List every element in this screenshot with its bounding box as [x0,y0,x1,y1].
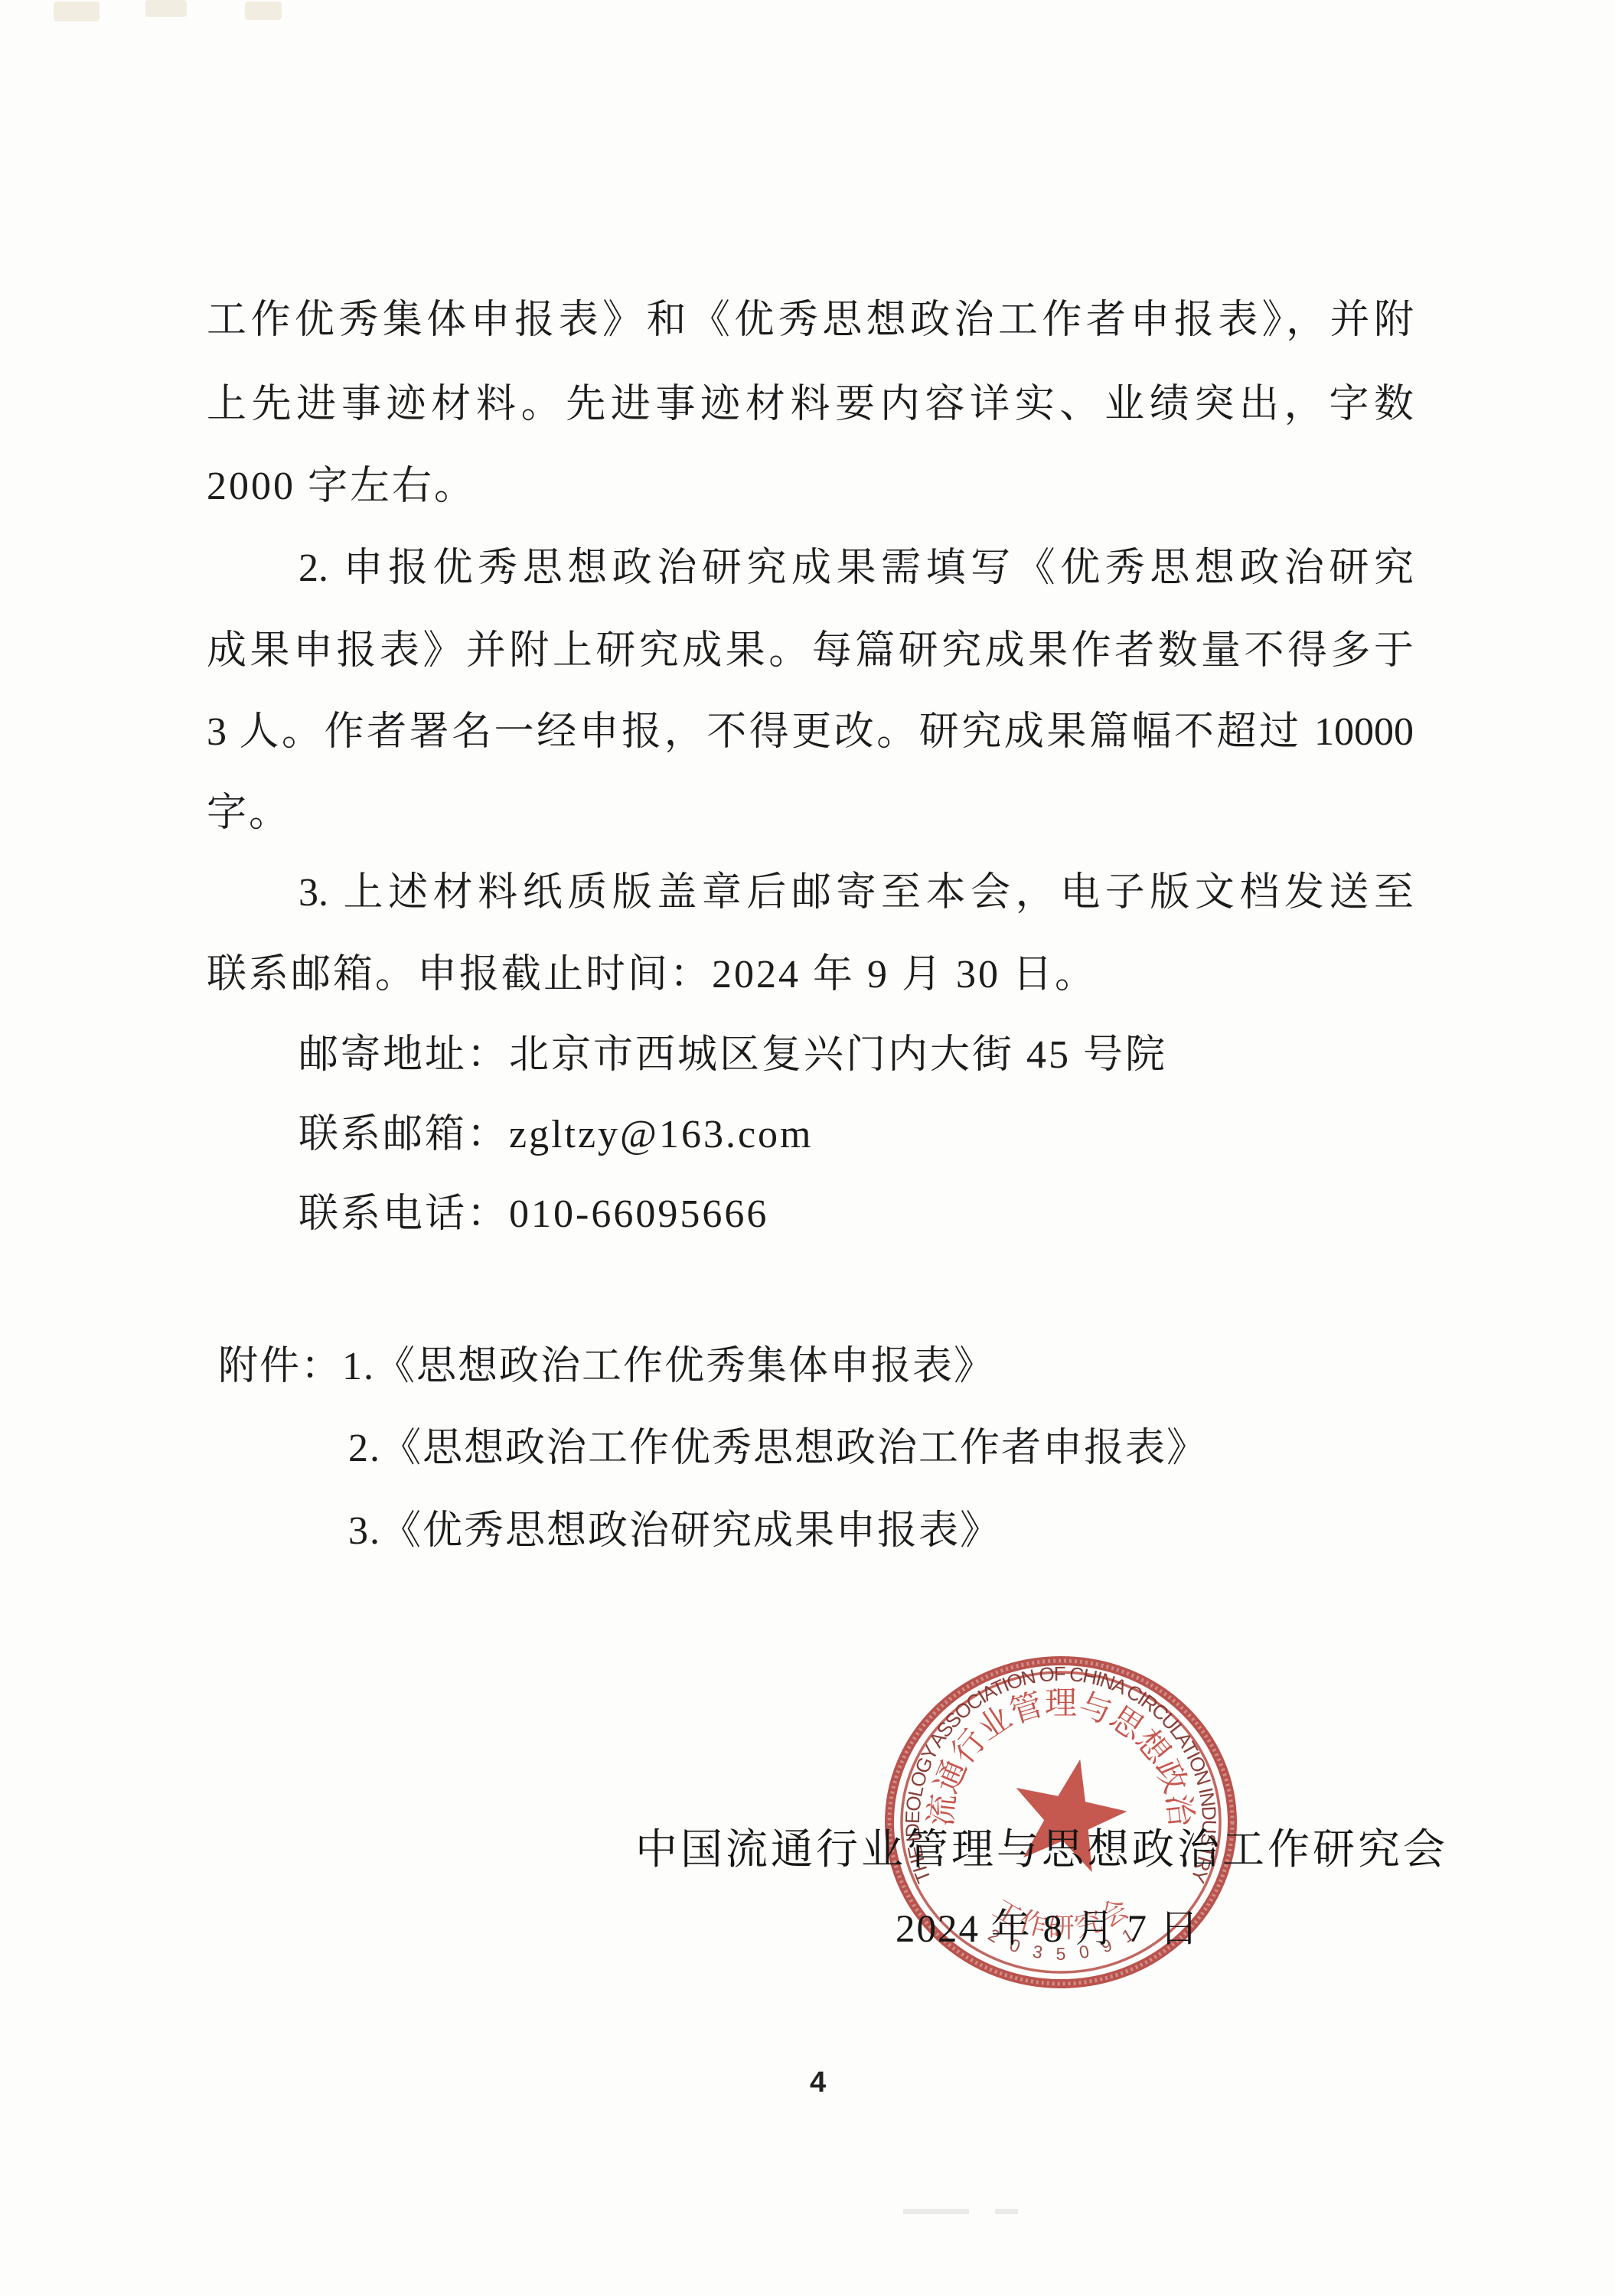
body-line: 字。 [207,790,291,837]
contact-phone-line: 联系电话：010-66095666 [299,1191,768,1238]
attachments-line-1: 附件：1.《思想政治工作优秀集体申报表》 [218,1343,995,1391]
attachments-line-3: 3.《优秀思想政治研究成果申报表》 [348,1508,1001,1555]
document-page: 工作优秀集体申报表》和《优秀思想政治工作者申报表》，并附 上先进事迹材料。先进事… [0,0,1615,2296]
attachments-line-2: 2.《思想政治工作优秀思想政治工作者申报表》 [348,1425,1208,1473]
scan-artifact [903,2209,969,2214]
body-line: 3 人。作者署名一经申报，不得更改。研究成果篇幅不超过 10000 [207,709,1414,756]
body-line: 2000 字左右。 [207,463,476,510]
contact-email-line: 联系邮箱：zgltzy@163.com [299,1111,813,1159]
body-line: 工作优秀集体申报表》和《优秀思想政治工作者申报表》，并附 [207,297,1414,344]
body-line: 2. 申报优秀思想政治研究成果需填写《优秀思想政治研究 [299,545,1414,592]
scan-artifact [245,2,282,20]
body-line: 3. 上述材料纸质版盖章后邮寄至本会，电子版文档发送至 [299,869,1414,917]
scan-artifact [995,2209,1018,2214]
scan-artifact [54,2,100,21]
body-line: 成果申报表》并附上研究成果。每篇研究成果作者数量不得多于 [207,628,1414,675]
body-line: 上先进事迹材料。先进事迹材料要内容详实、业绩突出，字数 [207,381,1414,429]
page-number: 4 [810,2066,826,2099]
signature-date: 2024 年 8 月 7 日 [896,1896,1200,1953]
attachment-item: 1.《思想政治工作优秀集体申报表》 [342,1345,995,1388]
attachments-label: 附件： [218,1345,342,1388]
scan-artifact [145,0,187,17]
mailing-address-line: 邮寄地址：北京市西城区复兴门内大街 45 号院 [299,1032,1167,1079]
signature-org-name: 中国流通行业管理与思想政治工作研究会 [635,1815,1448,1876]
body-line: 联系邮箱。申报截止时间：2024 年 9 月 30 日。 [207,951,1097,999]
